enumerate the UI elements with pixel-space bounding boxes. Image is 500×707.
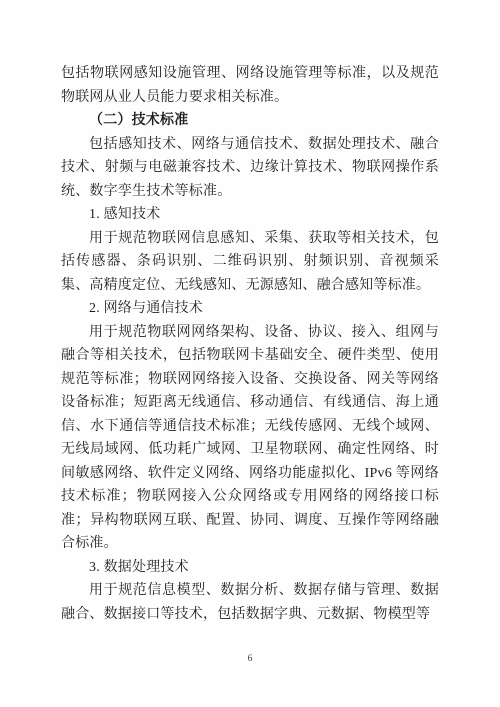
subheading-network-communication-technology: 2. 网络与通信技术	[61, 297, 439, 321]
subheading-data-processing-technology: 3. 数据处理技术	[61, 556, 439, 580]
document-page: 包括物联网感知设施管理、网络设施管理等标准，以及规范物联网从业人员能力要求相关标…	[0, 0, 500, 707]
paragraph-perception-technology: 用于规范物联网信息感知、采集、获取等相关技术，包括传感器、条码识别、二维码识别、…	[61, 227, 439, 298]
paragraph-network-communication-technology: 用于规范物联网网络架构、设备、协议、接入、组网与融合等相关技术，包括物联网卡基础…	[61, 321, 439, 556]
subheading-perception-technology: 1. 感知技术	[61, 203, 439, 227]
paragraph-data-processing-technology: 用于规范信息模型、数据分析、数据存储与管理、数据融合、数据接口等技术，包括数据字…	[61, 579, 439, 626]
page-number: 6	[0, 652, 500, 666]
section-heading-technical-standards: （二）技术标准	[61, 109, 439, 133]
paragraph-continuation: 包括物联网感知设施管理、网络设施管理等标准，以及规范物联网从业人员能力要求相关标…	[61, 62, 439, 109]
paragraph-technical-overview: 包括感知技术、网络与通信技术、数据处理技术、融合技术、射频与电磁兼容技术、边缘计…	[61, 133, 439, 204]
